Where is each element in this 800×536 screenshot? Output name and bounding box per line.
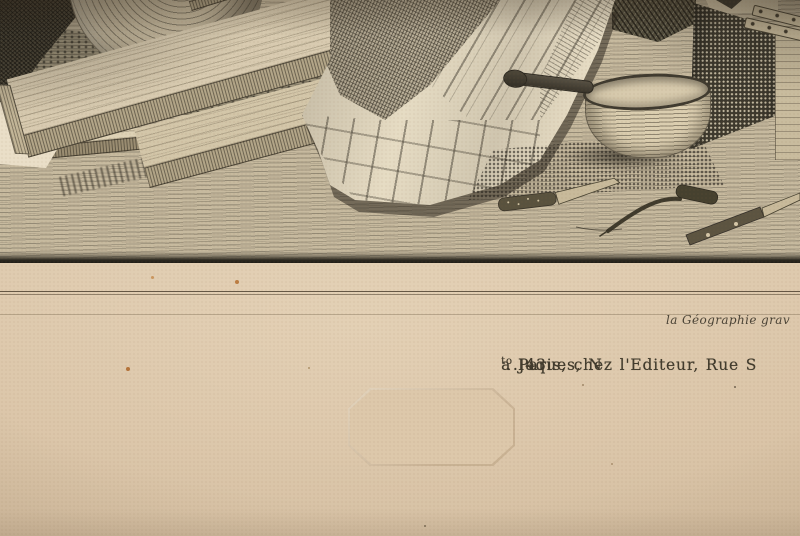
- series-credit-text: la Géographie grav: [666, 313, 790, 327]
- caption-segment: . 43.: [513, 356, 553, 374]
- engraving-tools: [480, 175, 800, 255]
- blind-stamp-center: [350, 390, 513, 464]
- foxing-spot: [126, 367, 130, 371]
- publisher-caption: a Paris, chez l'Editeur, Rue St. Jaques,…: [501, 356, 513, 374]
- foxing-spot: [308, 367, 310, 369]
- paper-speck: [611, 463, 613, 465]
- antique-print-photo: la Géographie grav a Paris, chez l'Edite…: [0, 0, 800, 536]
- paper-speck: [424, 525, 426, 527]
- border-rule-top: [0, 291, 800, 292]
- pen-knife-tool: [497, 178, 621, 212]
- engraving-scene: [0, 0, 800, 263]
- blind-stamp-emboss: [348, 388, 515, 466]
- foxing-spot: [151, 276, 154, 279]
- engraving-bottom-border: [0, 251, 800, 263]
- paper-speck: [734, 386, 736, 388]
- burin-tool: [600, 184, 719, 236]
- stone-block: [775, 24, 800, 160]
- paper-speck: [582, 384, 584, 386]
- lid-notch: [716, 0, 742, 9]
- foxing-spot: [235, 280, 239, 284]
- border-rule-bottom: [0, 294, 800, 295]
- caption-superscript: o: [506, 356, 513, 367]
